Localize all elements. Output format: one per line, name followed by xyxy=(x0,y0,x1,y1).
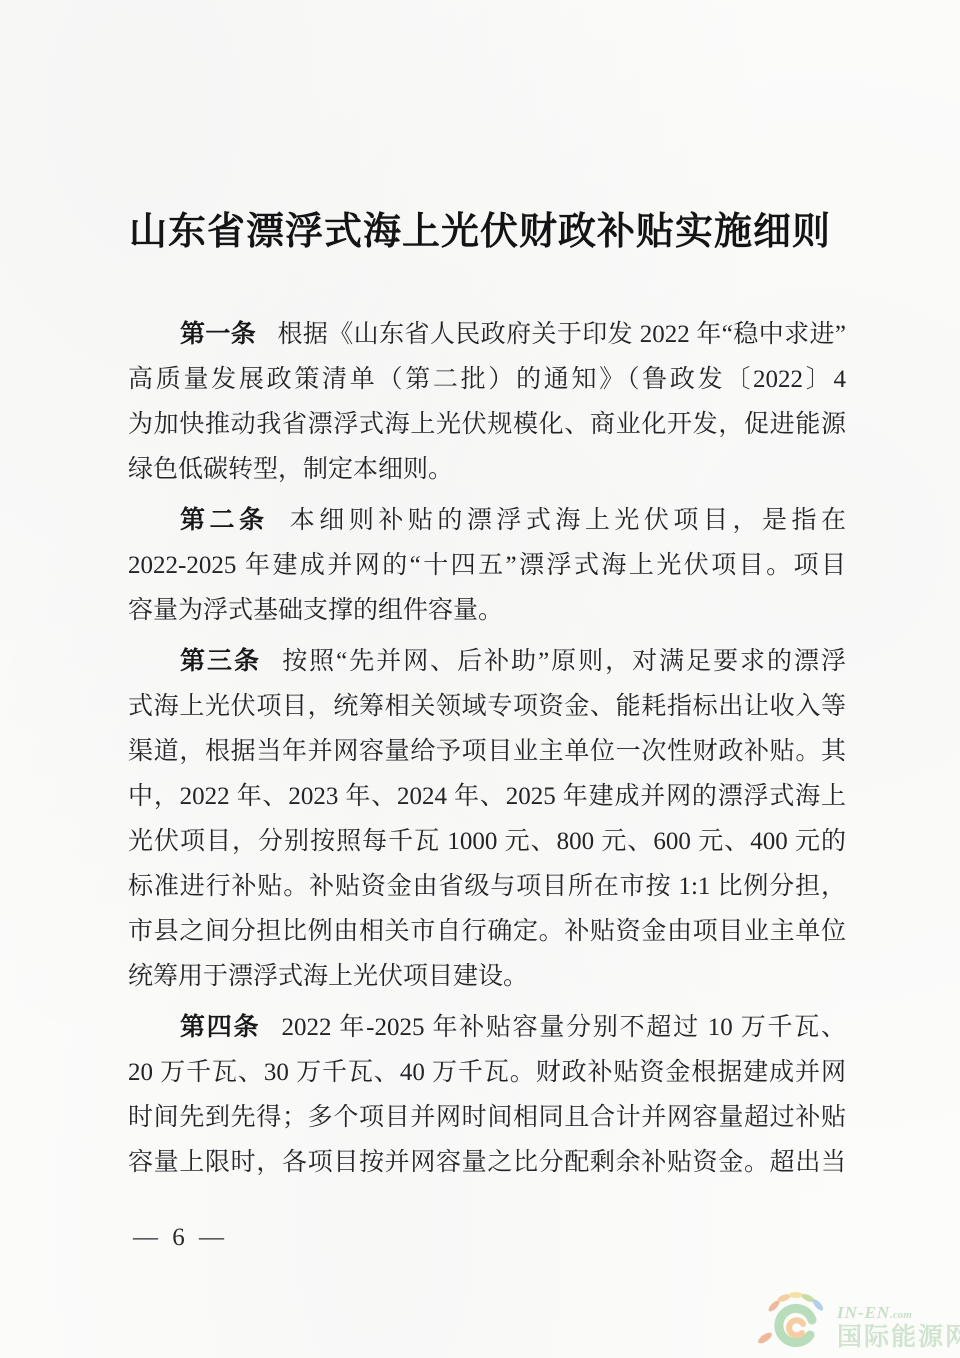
watermark-cn-text: 国际能源网 xyxy=(837,1325,960,1350)
paragraph: 第二条本细则补贴的漂浮式海上光伏项目，是指在2022-2025 年建成并网的“十… xyxy=(128,498,846,633)
watermark-site-text: IN-EN.com xyxy=(837,1304,960,1321)
article-number: 第一条 xyxy=(180,321,256,348)
text-line: 第三条按照“先并网、后补助”原则，对满足要求的漂浮 xyxy=(128,639,846,684)
text-line: 为加快推动我省漂浮式海上光伏规模化、商业化开发，促进能源 xyxy=(128,402,846,447)
text-line: 市县之间分担比例由相关市自行确定。补贴资金由项目业主单位 xyxy=(128,909,846,954)
text-line: 第一条根据《山东省人民政府关于印发 2022 年“稳中求进” xyxy=(128,312,846,357)
text-line: 容量上限时，各项目按并网容量之比分配剩余补贴资金。超出当 xyxy=(128,1140,846,1185)
text-line: 第二条本细则补贴的漂浮式海上光伏项目，是指在 xyxy=(128,498,846,543)
in-en-logo-icon xyxy=(757,1278,835,1354)
text-line: 绿色低碳转型，制定本细则。 xyxy=(128,447,846,492)
watermark-site-name: IN-EN xyxy=(837,1303,890,1322)
paragraph: 第一条根据《山东省人民政府关于印发 2022 年“稳中求进”高质量发展政策清单（… xyxy=(128,312,846,492)
watermark-site-tld: .com xyxy=(890,1309,912,1321)
text-line: 容量为浮式基础支撑的组件容量。 xyxy=(128,588,846,633)
document-title: 山东省漂浮式海上光伏财政补贴实施细则 xyxy=(0,200,960,255)
page-number: — 6 — xyxy=(133,1224,228,1252)
text-line: 第四条2022 年-2025 年补贴容量分别不超过 10 万千瓦、 xyxy=(128,1005,846,1050)
text-line: 式海上光伏项目，统筹相关领域专项资金、能耗指标出让收入等 xyxy=(128,684,846,729)
document-page: 山东省漂浮式海上光伏财政补贴实施细则 第一条根据《山东省人民政府关于印发 202… xyxy=(0,0,960,1358)
watermark-text: IN-EN.com 国际能源网 xyxy=(837,1304,960,1354)
text-line: 标准进行补贴。补贴资金由省级与项目所在市按 1:1 比例分担， xyxy=(128,864,846,909)
text-line: 20 万千瓦、30 万千瓦、40 万千瓦。财政补贴资金根据建成并网 xyxy=(128,1050,846,1095)
watermark: IN-EN.com 国际能源网 xyxy=(757,1278,960,1354)
article-number: 第四条 xyxy=(180,1014,260,1041)
paragraph: 第四条2022 年-2025 年补贴容量分别不超过 10 万千瓦、20 万千瓦、… xyxy=(128,1005,846,1185)
text-line: 渠道，根据当年并网容量给予项目业主单位一次性财政补贴。其 xyxy=(128,729,846,774)
paragraph: 第三条按照“先并网、后补助”原则，对满足要求的漂浮式海上光伏项目，统筹相关领域专… xyxy=(128,639,846,999)
text-line: 时间先到先得；多个项目并网时间相同且合计并网容量超过补贴 xyxy=(128,1095,846,1140)
article-number: 第三条 xyxy=(180,648,261,675)
text-line: 光伏项目，分别按照每千瓦 1000 元、800 元、600 元、400 元的 xyxy=(128,819,846,864)
document-body: 第一条根据《山东省人民政府关于印发 2022 年“稳中求进”高质量发展政策清单（… xyxy=(128,312,846,1191)
text-line: 高质量发展政策清单（第二批）的通知》（鲁政发〔2022〕4 号）， xyxy=(128,357,846,402)
article-number: 第二条 xyxy=(180,507,269,534)
text-line: 统筹用于漂浮式海上光伏项目建设。 xyxy=(128,954,846,999)
text-line: 中，2022 年、2023 年、2024 年、2025 年建成并网的漂浮式海上 xyxy=(128,774,846,819)
text-line: 2022-2025 年建成并网的“十四五”漂浮式海上光伏项目。项目 xyxy=(128,543,846,588)
